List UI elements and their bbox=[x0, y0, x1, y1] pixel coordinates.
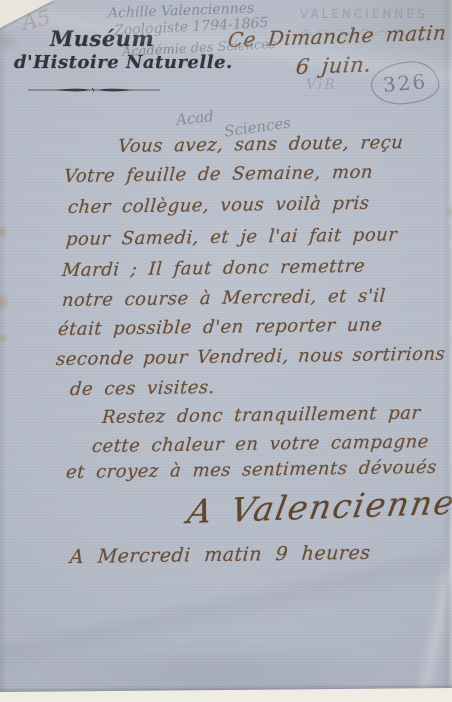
body-line: notre course à Mercredi, et s'il bbox=[61, 285, 386, 311]
caps-surname-note: VALENCIENNES bbox=[300, 7, 428, 21]
letter-content: A5 Achille Valenciennes Zoologiste 1794-… bbox=[0, 0, 452, 702]
body-line: Vous avez, sans doute, reçu bbox=[117, 132, 404, 157]
body-line: cette chaleur en votre campagne bbox=[91, 431, 429, 457]
catalog-number-value: 326 bbox=[382, 69, 428, 97]
body-line: cher collègue, vous voilà pris bbox=[67, 193, 370, 218]
scanned-letter-page: A5 Achille Valenciennes Zoologiste 1794-… bbox=[0, 0, 452, 702]
body-line: était possible d'en reporter une bbox=[57, 314, 383, 340]
body-line: de ces visites. bbox=[69, 377, 215, 400]
circled-catalog-number: 326 bbox=[369, 59, 440, 107]
letterhead-line1: Muséum bbox=[50, 26, 154, 51]
ref-code-note: ViR bbox=[306, 77, 337, 93]
body-line: Votre feuille de Semaine, mon bbox=[63, 162, 374, 187]
body-line: seconde pour Vendredi, nous sortirions bbox=[55, 344, 446, 370]
postscript: A Mercredi matin 9 heures bbox=[69, 542, 371, 568]
torn-corner bbox=[0, 0, 54, 28]
signature: A Valenciennes bbox=[185, 482, 452, 531]
dateline-date: 6 juin. bbox=[295, 52, 373, 79]
body-line: pour Samedi, et je l'ai fait pour bbox=[65, 224, 398, 250]
letterhead-line2: d'Histoire Naturelle. bbox=[14, 52, 233, 73]
letterhead-flourish bbox=[28, 85, 160, 95]
body-line: Mardi ; Il faut donc remettre bbox=[61, 256, 366, 281]
body-line: et croyez à mes sentiments dévoués bbox=[65, 457, 437, 483]
body-line: Restez donc tranquillement par bbox=[101, 403, 421, 428]
acad-pencil-note: Acad bbox=[175, 107, 214, 129]
